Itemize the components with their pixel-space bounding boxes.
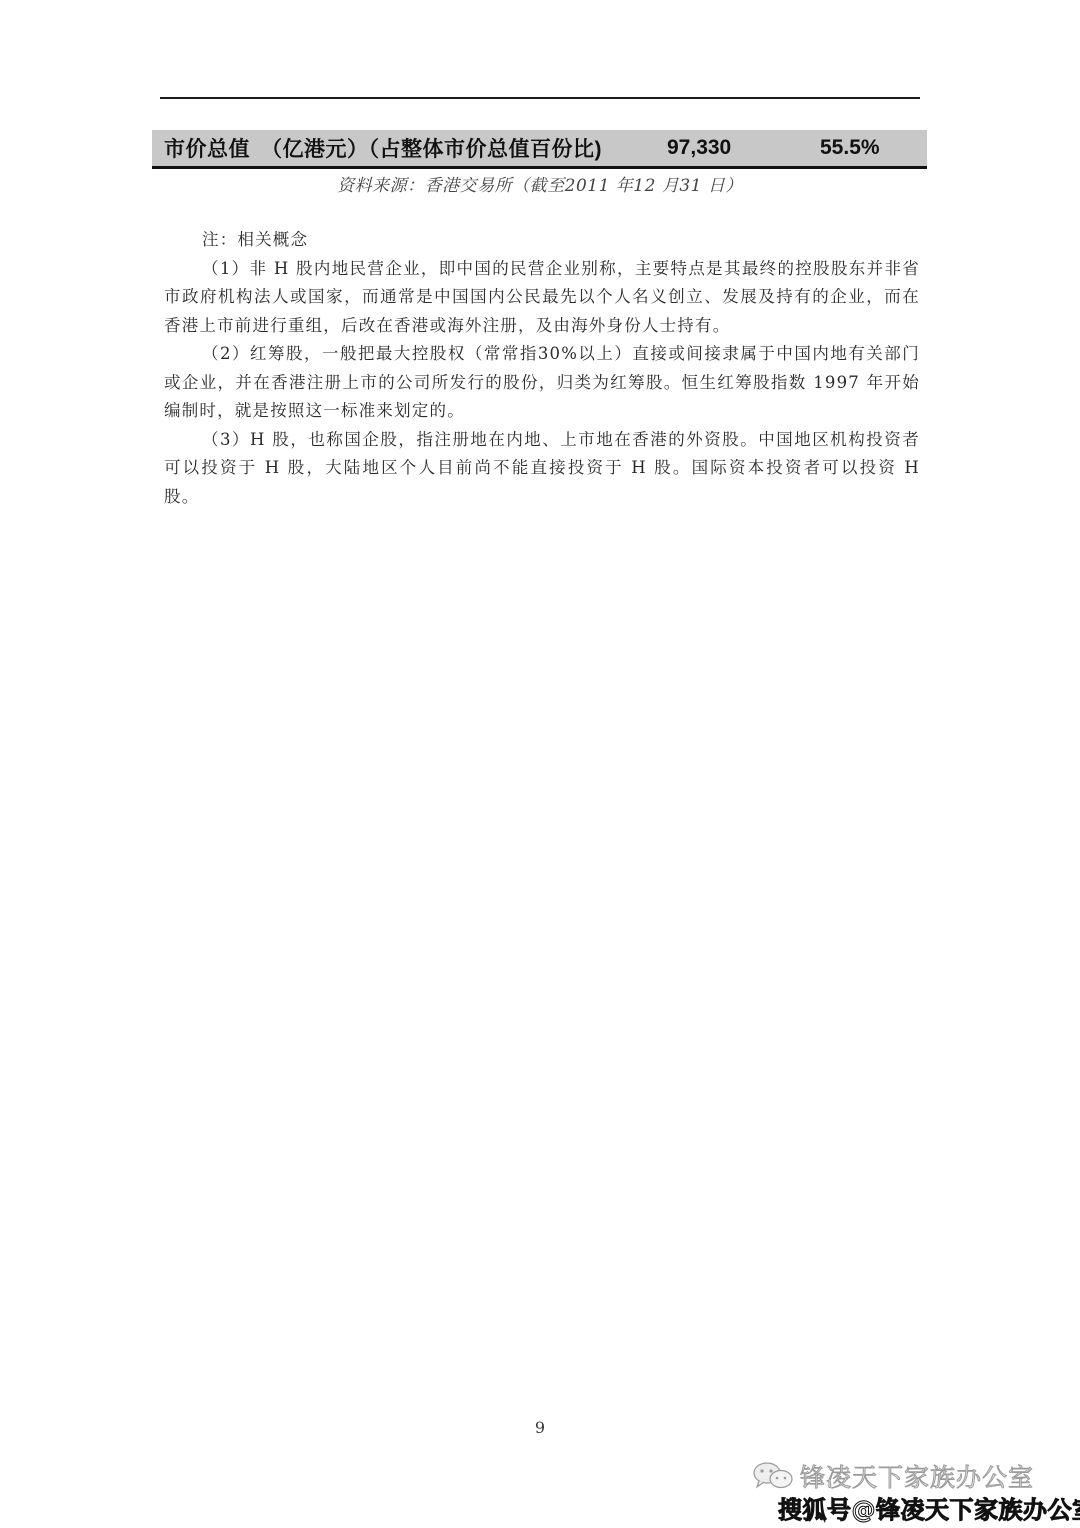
row-value: 97,330 (667, 136, 731, 160)
notes-heading: 注：相关概念 (164, 226, 920, 255)
note-item-1: （1）非 H 股内地民营企业，即中国的民营企业别称，主要特点是其最终的控股股东并… (164, 255, 920, 341)
watermark-text: 锋凌天下家族办公室 (800, 1458, 1034, 1494)
notes-section: 注：相关概念 （1）非 H 股内地民营企业，即中国的民营企业别称，主要特点是其最… (164, 226, 920, 511)
page-number: 9 (0, 1418, 1080, 1437)
wechat-icon (752, 1461, 794, 1491)
note-item-2: （2）红筹股，一般把最大控股权（常常指30%以上）直接或间接隶属于中国内地有关部… (164, 340, 920, 426)
row-percentage: 55.5% (820, 136, 880, 160)
market-value-table-row: 市价总值 （亿港元）（占整体市价总值百份比) 97,330 55.5% (152, 130, 927, 169)
row-label: 市价总值 （亿港元）（占整体市价总值百份比) (164, 133, 602, 163)
wechat-watermark: 锋凌天下家族办公室 (752, 1458, 1034, 1494)
table-source-caption: 资料来源：香港交易所（截至2011 年12 月31 日） (0, 171, 1080, 196)
top-rule-divider (160, 97, 920, 99)
note-item-3: （3）H 股，也称国企股，指注册地在内地、上市地在香港的外资股。中国地区机构投资… (164, 426, 920, 512)
sohu-credit: 搜狐号@锋凌天下家族办公室 (778, 1490, 1080, 1525)
